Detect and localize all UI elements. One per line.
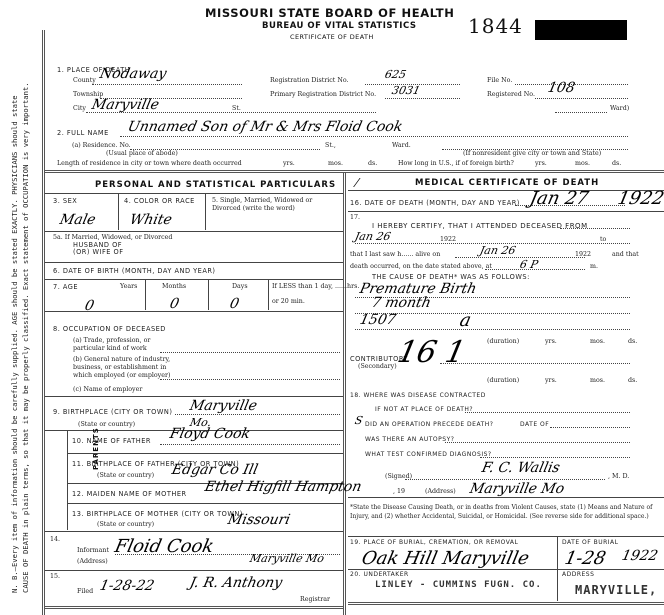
- informant-address-value: Maryville Mo: [249, 552, 326, 565]
- industry-label: (b) General nature of industry, business…: [73, 356, 173, 380]
- us-yrs-label: yrs.: [535, 160, 547, 167]
- duration-mos: mos.: [590, 338, 605, 345]
- m-label: m.: [590, 263, 598, 270]
- personal-particulars-heading: PERSONAL AND STATISTICAL PARTICULARS: [95, 180, 336, 190]
- registration-district-label: Registration District No.: [270, 77, 349, 84]
- less-than-day-label: If LESS than 1 day, ......hrs.: [272, 283, 359, 290]
- registered-no-label: Registered No.: [487, 91, 535, 98]
- registered-no-value: 108: [546, 80, 576, 96]
- age-years-label: Years: [120, 283, 137, 290]
- year-prefix-label: , 19: [393, 488, 405, 495]
- contributory-yrs: yrs.: [545, 377, 557, 384]
- board-title: MISSOURI STATE BOARD OF HEALTH: [205, 6, 454, 20]
- city-label: City: [73, 105, 86, 112]
- registration-district-value: 625: [384, 68, 408, 81]
- sex-value: Male: [58, 212, 97, 228]
- date-of-death-year: 1922: [616, 188, 664, 209]
- undertaker-label: 20. UNDERTAKER: [350, 571, 409, 578]
- age-months-label: Months: [162, 283, 186, 290]
- us-mos-label: mos.: [575, 160, 590, 167]
- handwritten-code: 16 1: [394, 335, 468, 370]
- cause-footnote: *State the Disease Causing Death, or in …: [350, 503, 655, 521]
- mother-birth-state-label: (State or country): [97, 521, 154, 528]
- occupation-label: 8. OCCUPATION OF DECEASED: [53, 325, 166, 333]
- informant-number: 14.: [50, 536, 60, 543]
- mother-birthplace-value: Missouri: [226, 512, 291, 528]
- autopsy-label: Was there an autopsy?: [365, 436, 454, 443]
- duration-ds: ds.: [628, 338, 637, 345]
- physician-address-label: (Address): [425, 488, 456, 495]
- less-than-min: or 20 min.: [272, 298, 305, 305]
- md-label: , M. D.: [608, 473, 629, 480]
- filed-label: Filed: [77, 588, 93, 595]
- father-birthplace-value: Edgar Co Ill: [170, 462, 259, 478]
- county-label: County: [73, 77, 96, 84]
- primary-registration-value: 3031: [391, 84, 422, 97]
- father-name-value: Floyd Cook: [168, 426, 251, 442]
- cause-line-2: 7 month: [370, 295, 432, 311]
- spouse-label-1: 5a. If Married, Widowed, or Divorced: [53, 234, 172, 241]
- not-at-place-label: if not at place of death?: [375, 406, 473, 413]
- burial-date-value: 1-28: [563, 548, 608, 569]
- certificate-title: CERTIFICATE OF DEATH: [290, 33, 374, 41]
- test-confirmed-label: What test confirmed diagnosis?: [365, 451, 492, 458]
- contributory-ds: ds.: [628, 377, 637, 384]
- informant-label: Informant: [77, 547, 109, 554]
- last-saw-year: 1922: [575, 251, 591, 258]
- registrar-value: J. R. Anthony: [188, 575, 283, 591]
- mos-label: mos.: [328, 160, 343, 167]
- side-note-line-1: N. B.—Every item of information should b…: [9, 33, 20, 593]
- county-value: Nodaway: [98, 66, 168, 82]
- trade-label: (a) Trade, profession, or particular kin…: [73, 337, 173, 353]
- birthplace-value: Maryville: [188, 398, 258, 414]
- side-instruction-note: N. B.—Every item of information should b…: [2, 40, 38, 600]
- yrs-label: yrs.: [283, 160, 295, 167]
- age-label: 7. AGE: [53, 283, 78, 291]
- ds-label: ds.: [368, 160, 377, 167]
- side-note-line-2: CAUSE OF DEATH in plain terms, so that i…: [20, 33, 31, 593]
- contributory-mos: mos.: [590, 377, 605, 384]
- operation-label: Did an operation precede death?: [365, 421, 493, 428]
- burial-place-value: Oak Hill Maryville: [360, 548, 531, 569]
- contributory-duration-label: (duration): [487, 377, 519, 384]
- duration-label: (duration): [487, 338, 519, 345]
- father-name-label: 10. NAME OF FATHER: [72, 437, 151, 445]
- mother-maiden-name-label: 12. MAIDEN NAME OF MOTHER: [72, 490, 187, 498]
- marital-status-label: 5. Single, Married, Widowed or Divorced …: [212, 197, 340, 213]
- filed-number: 15.: [50, 573, 60, 580]
- years-in-us-label: How long in U.S., if of foreign birth?: [398, 160, 514, 167]
- date-of-death-label: 16. DATE OF DEATH (month, day and year): [350, 199, 520, 207]
- item-17-label: 17.: [350, 214, 360, 221]
- last-saw-label: that I last saw h...... alive on: [350, 251, 440, 258]
- undertaker-value: LINLEY - CUMMINS FUGN. CO.: [375, 580, 542, 590]
- street-label: St.: [232, 105, 241, 112]
- color-race-label: 4. COLOR OR RACE: [124, 197, 195, 205]
- residence-note: (Usual place of abode): [106, 150, 178, 157]
- registrar-label: Registrar: [300, 596, 330, 603]
- undertaker-address-value: MARYVILLE,: [575, 583, 657, 597]
- birthplace-state-label: (State or country): [78, 421, 135, 428]
- residence-street-label: St.,: [325, 142, 336, 149]
- death-time-value: 6 P: [519, 258, 540, 271]
- father-birth-state-label: (State or country): [97, 472, 154, 479]
- cause-line-3: 1507: [358, 312, 397, 328]
- mother-maiden-name-value: Ethel Higfill Hampton: [203, 479, 363, 495]
- length-of-residence-label: Length of residence in city or town wher…: [57, 160, 242, 167]
- signed-value: F. C. Wallis: [480, 460, 561, 476]
- duration-yrs: yrs.: [545, 338, 557, 345]
- informant-address-label: (Address): [77, 558, 108, 565]
- spouse-label-3: (or) WIFE of: [73, 248, 124, 256]
- file-no-label: File No.: [487, 77, 512, 84]
- mother-birthplace-label: 13. BIRTHPLACE OF MOTHER (city or town): [72, 510, 243, 518]
- undertaker-address-label: ADDRESS: [562, 571, 594, 578]
- birthplace-label: 9. BIRTHPLACE (city or town): [53, 408, 172, 416]
- death-occurred-label: death occurred, on the date stated above…: [350, 263, 492, 270]
- certificate-number: 1844: [468, 14, 523, 38]
- attended-from-value: Jan 26: [354, 230, 392, 243]
- certify-statement: I HEREBY CERTIFY, That I attended deceas…: [372, 222, 588, 230]
- residence-label: (a) Residence. No.: [72, 142, 131, 149]
- item-18-label: 18. Where was disease contracted: [350, 392, 486, 399]
- dob-label: 6. DATE OF BIRTH (month, day and year): [53, 267, 216, 275]
- burial-year-value: 1922: [620, 548, 659, 564]
- nonresident-note: (If nonresident give city or town and St…: [463, 150, 601, 157]
- physician-address-value: Maryville Mo: [468, 481, 566, 497]
- informant-value: Floid Cook: [113, 536, 216, 557]
- and-that-label: and that: [612, 251, 639, 258]
- attended-year: 1922: [440, 236, 456, 243]
- bureau-title: BUREAU OF VITAL STATISTICS: [262, 21, 416, 31]
- medical-certificate-heading: MEDICAL CERTIFICATE OF DEATH: [415, 178, 599, 188]
- secondary-label: (Secondary): [358, 363, 397, 370]
- redacted-stamp: [535, 20, 627, 40]
- us-ds-label: ds.: [612, 160, 621, 167]
- burial-date-label: DATE OF BURIAL: [562, 539, 619, 546]
- primary-registration-label: Primary Registration District No.: [270, 91, 376, 98]
- ward-label: Ward): [610, 105, 629, 112]
- full-name-value: Unnamed Son of Mr & Mrs Floid Cook: [126, 119, 404, 135]
- burial-place-label: 19. PLACE OF BURIAL, CREMATION, OR REMOV…: [350, 539, 518, 546]
- filed-date-value: 1-28-22: [98, 578, 155, 594]
- operation-date-label: Date of: [520, 421, 549, 428]
- city-value: Maryville: [90, 97, 160, 113]
- full-name-label: 2. FULL NAME: [57, 129, 109, 137]
- employer-label: (c) Name of employer: [73, 386, 142, 393]
- color-race-value: White: [128, 212, 173, 228]
- age-days-label: Days: [232, 283, 248, 290]
- residence-ward-label: Ward.: [392, 142, 411, 149]
- cause-of-death-label: The CAUSE OF DEATH* was as follows:: [372, 273, 530, 281]
- to-label: to: [600, 236, 606, 243]
- sex-label: 3. SEX: [53, 197, 77, 205]
- date-of-death-value: Jan 27: [528, 188, 591, 209]
- last-saw-value: Jan 26: [479, 244, 517, 257]
